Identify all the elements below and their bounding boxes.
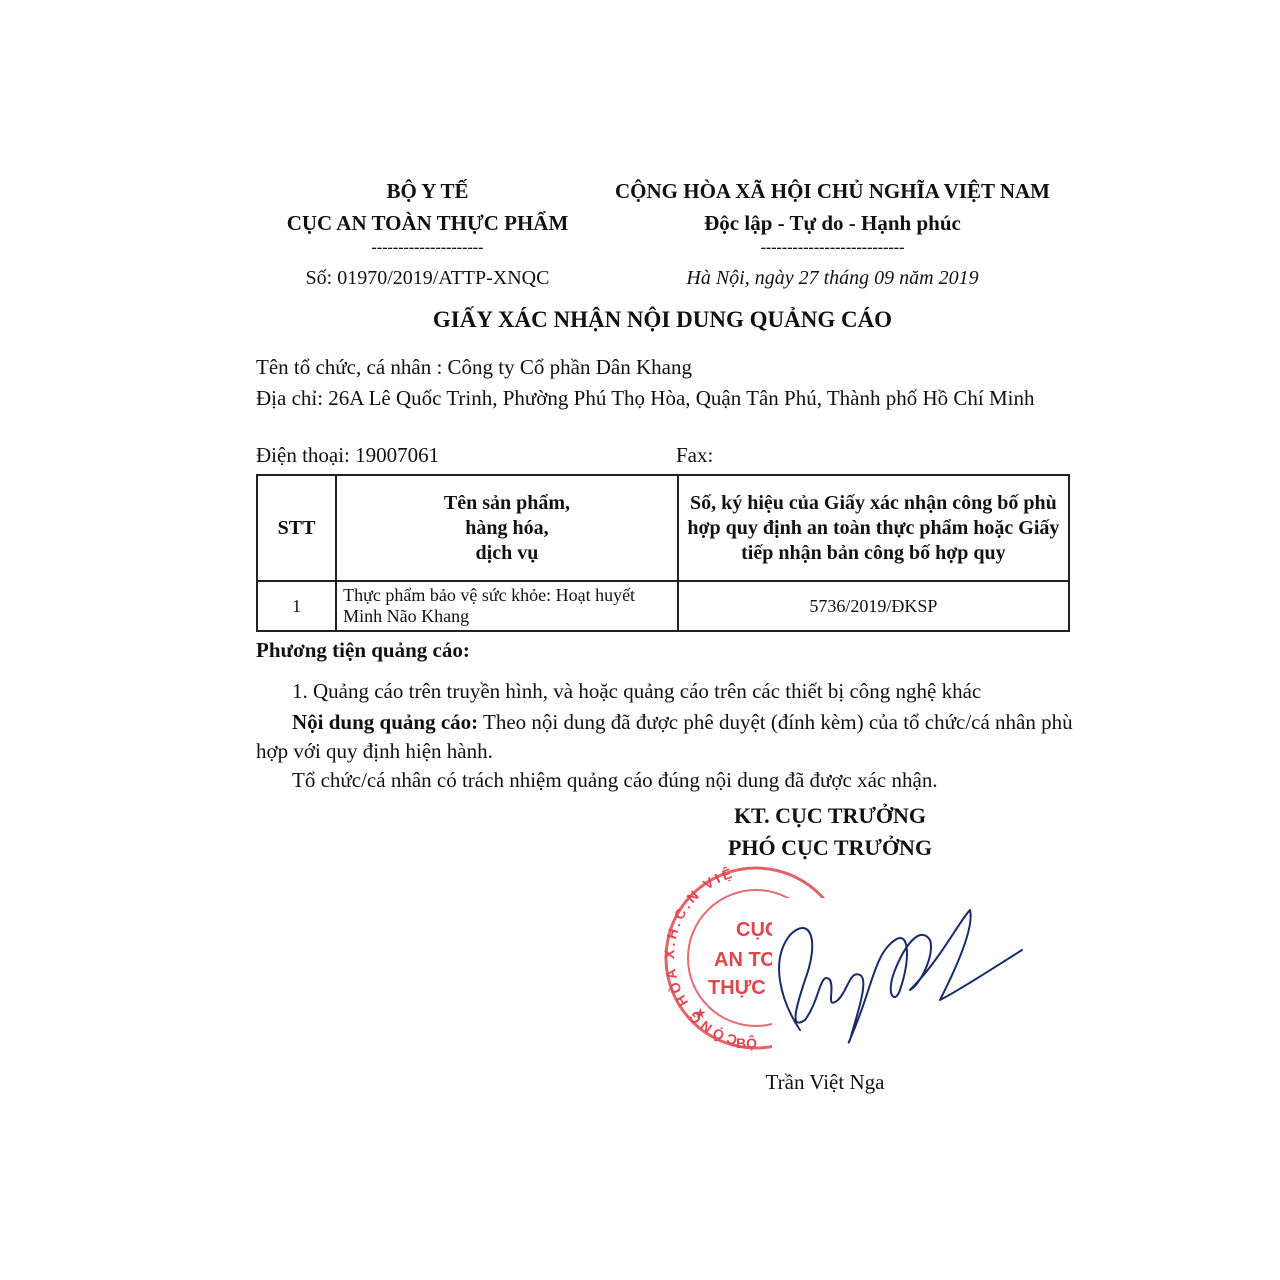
issuing-authority: BỘ Y TẾ CỤC AN TOÀN THỰC PHẨM ----------… bbox=[255, 175, 600, 293]
media-heading: Phương tiện quảng cáo: bbox=[256, 636, 1076, 665]
product-table: STT Tên sản phẩm, hàng hóa, dịch vụ Số, … bbox=[256, 474, 1070, 632]
cell-product: Thực phẩm bảo vệ sức khỏe: Hoạt huyết Mi… bbox=[336, 581, 678, 631]
signature-icon bbox=[760, 900, 1030, 1050]
cell-certificate: 5736/2019/ĐKSP bbox=[678, 581, 1069, 631]
document-number: Số: 01970/2019/ATTP-XNQC bbox=[255, 263, 600, 293]
agency-name: CỤC AN TOÀN THỰC PHẨM bbox=[255, 207, 600, 239]
svg-text:★: ★ bbox=[694, 1005, 707, 1021]
organization-address: Địa chỉ: 26A Lê Quốc Trinh, Phường Phú T… bbox=[256, 385, 1076, 412]
organization-name: Tên tổ chức, cá nhân : Công ty Cổ phần D… bbox=[256, 354, 1076, 381]
document-title: GIẤY XÁC NHẬN NỘI DUNG QUẢNG CÁO bbox=[255, 302, 1070, 338]
header-stt: STT bbox=[257, 475, 336, 581]
national-motto: Độc lập - Tự do - Hạnh phúc bbox=[600, 207, 1065, 239]
nation-name: CỘNG HÒA XÃ HỘI CHỦ NGHĨA VIỆT NAM bbox=[600, 175, 1065, 207]
table-row: 1 Thực phẩm bảo vệ sức khỏe: Hoạt huyết … bbox=[257, 581, 1069, 631]
signatory-line-1: KT. CỤC TRƯỞNG bbox=[680, 800, 980, 832]
divider: --------------------------- bbox=[600, 239, 1065, 257]
svg-text:BỘ: BỘ bbox=[736, 1034, 757, 1051]
cell-stt: 1 bbox=[257, 581, 336, 631]
ministry-name: BỘ Y TẾ bbox=[255, 175, 600, 207]
place-and-date: Hà Nội, ngày 27 tháng 09 năm 2019 bbox=[600, 263, 1065, 293]
signer-name: Trần Việt Nga bbox=[700, 1070, 950, 1095]
content-paragraph: Nội dung quảng cáo: Theo nội dung đã đượ… bbox=[256, 708, 1076, 766]
fax-label: Fax: bbox=[676, 442, 713, 469]
contact-row: Điện thoại: 19007061 Fax: bbox=[256, 442, 1076, 469]
content-label: Nội dung quảng cáo: bbox=[292, 710, 478, 734]
table-header-row: STT Tên sản phẩm, hàng hóa, dịch vụ Số, … bbox=[257, 475, 1069, 581]
divider: --------------------- bbox=[255, 239, 600, 257]
header-certificate: Số, ký hiệu của Giấy xác nhận công bố ph… bbox=[678, 475, 1069, 581]
media-item-1: 1. Quảng cáo trên truyền hình, và hoặc q… bbox=[256, 677, 1076, 706]
responsibility-statement: Tổ chức/cá nhân có trách nhiệm quảng cáo… bbox=[256, 766, 1076, 795]
phone-number: Điện thoại: 19007061 bbox=[256, 443, 439, 467]
header-product: Tên sản phẩm, hàng hóa, dịch vụ bbox=[336, 475, 678, 581]
national-header: CỘNG HÒA XÃ HỘI CHỦ NGHĨA VIỆT NAM Độc l… bbox=[600, 175, 1065, 293]
signatory-title: KT. CỤC TRƯỞNG PHÓ CỤC TRƯỞNG bbox=[680, 800, 980, 864]
svg-text:THỰC: THỰC bbox=[708, 977, 766, 999]
